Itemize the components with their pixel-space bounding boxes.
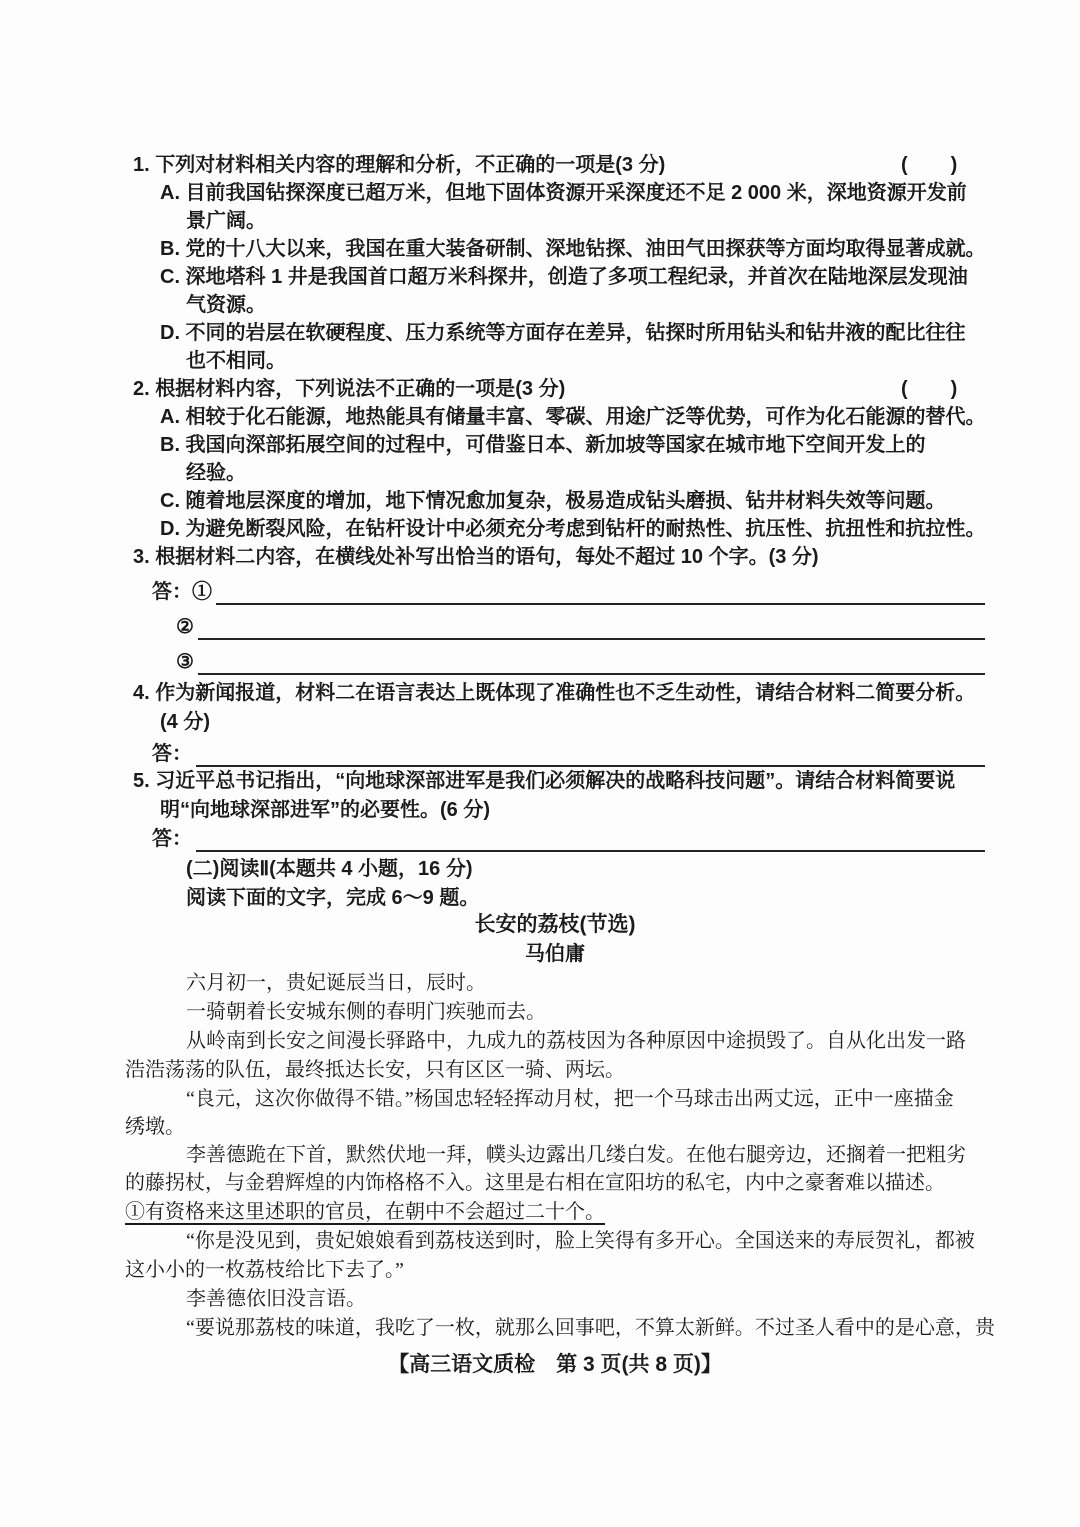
q5-answer-label: 答： xyxy=(152,826,196,852)
q2-option-b-line1: B. 我国向深部拓展空间的过程中，可借鉴日本、新加坡等国家在城市地下空间开发上的 xyxy=(160,432,926,458)
q2-option-c: C. 随着地层深度的增加，地下情况愈加复杂，极易造成钻头磨损、钻井材料失效等问题… xyxy=(160,488,946,514)
q2-option-d: D. 为避免断裂风险，在钻杆设计中必须充分考虑到钻杆的耐热性、抗压性、抗扭性和抗… xyxy=(160,516,986,542)
q3-answer-line-2: ② xyxy=(176,613,985,640)
passage-p4-line1: “良元，这次你做得不错。”杨国忠轻轻挥动月杖，把一个马球击出两丈远，正中一座描金 xyxy=(186,1086,954,1112)
q4-stem-line2: (4 分) xyxy=(160,709,210,735)
q5-answer-blank xyxy=(196,825,985,852)
q1-option-a-line1: A. 目前我国钻探深度已超万米，但地下固体资源开采深度还不足 2 000 米，深… xyxy=(160,180,967,206)
q1-option-a-line2: 景广阔。 xyxy=(186,208,266,234)
q3-answer-label-3: ③ xyxy=(176,649,198,675)
q2-stem: 2. 根据材料内容，下列说法不正确的一项是(3 分) xyxy=(133,376,565,402)
q3-answer-blank-1 xyxy=(216,578,985,605)
page-footer: 【高三语文质检 第 3 页(共 8 页)】 xyxy=(125,1352,985,1378)
passage-p6-line2: 这小小的一枚荔枝给比下去了。” xyxy=(125,1257,404,1283)
q1-option-c-line1: C. 深地塔科 1 井是我国首口超万米科探井，创造了多项工程纪录，并首次在陆地深… xyxy=(160,264,968,290)
q1-stem: 1. 下列对材料相关内容的理解和分析，不正确的一项是(3 分) xyxy=(133,152,665,178)
passage-p5-line2: 的藤拐杖，与金碧辉煌的内饰格格不入。这里是右相在宣阳坊的私宅，内中之豪奢难以描述… xyxy=(125,1170,945,1196)
passage-p8: “要说那荔枝的味道，我吃了一枚，就那么回事吧，不算太新鲜。不过圣人看中的是心意，… xyxy=(186,1315,995,1341)
q3-answer-label-1: 答：① xyxy=(152,579,216,605)
q5-stem-line1: 5. 习近平总书记指出，“向地球深部进军是我们必须解决的战略科技问题”。请结合材… xyxy=(133,768,955,794)
passage-p4-line2: 绣墩。 xyxy=(125,1114,185,1140)
q5-answer-line: 答： xyxy=(152,825,985,852)
exam-page: 1. 下列对材料相关内容的理解和分析，不正确的一项是(3 分) ( ) A. 目… xyxy=(0,0,1080,1527)
q3-answer-line-1: 答：① xyxy=(152,578,985,605)
q3-stem: 3. 根据材料二内容，在横线处补写出恰当的语句，每处不超过 10 个字。(3 分… xyxy=(133,544,819,570)
q4-answer-label: 答： xyxy=(152,741,196,767)
passage-p1: 六月初一，贵妃诞辰当日，辰时。 xyxy=(186,970,486,996)
passage-p6-line1: “你是没见到，贵妃娘娘看到荔枝送到时，脸上笑得有多开心。全国送来的寿辰贺礼，都被 xyxy=(186,1228,975,1254)
passage-p5-underlined-sentence: ①有资格来这里述职的官员，在朝中不会超过二十个。 xyxy=(125,1199,605,1225)
passage-p3-line2: 浩浩荡荡的队伍，最终抵达长安，只有区区一骑、两坛。 xyxy=(125,1057,625,1083)
q3-answer-blank-3 xyxy=(198,648,985,675)
q3-answer-label-2: ② xyxy=(176,614,198,640)
q2-answer-bracket: ( ) xyxy=(901,376,958,402)
q1-option-d-line2: 也不相同。 xyxy=(186,348,286,374)
q1-option-b: B. 党的十八大以来，我国在重大装备研制、深地钻探、油田气田探获等方面均取得显著… xyxy=(160,236,986,262)
q1-answer-bracket: ( ) xyxy=(901,152,958,178)
q1-option-d-line1: D. 不同的岩层在软硬程度、压力系统等方面存在差异，钻探时所用钻头和钻井液的配比… xyxy=(160,320,966,346)
passage-author: 马伯庸 xyxy=(125,941,985,967)
q3-answer-line-3: ③ xyxy=(176,648,985,675)
passage-title: 长安的荔枝(节选) xyxy=(125,912,985,938)
q3-answer-blank-2 xyxy=(198,613,985,640)
passage-p7: 李善德依旧没言语。 xyxy=(186,1286,366,1312)
passage-p2: 一骑朝着长安城东侧的春明门疾驰而去。 xyxy=(186,999,546,1025)
q5-stem-line2: 明“向地球深部进军”的必要性。(6 分) xyxy=(160,797,490,823)
passage-p5-line1: 李善德跪在下首，默然伏地一拜，幞头边露出几缕白发。在他右腿旁边，还搁着一把粗劣 xyxy=(186,1142,966,1168)
q4-stem-line1: 4. 作为新闻报道，材料二在语言表达上既体现了准确性也不乏生动性，请结合材料二简… xyxy=(133,680,975,706)
q4-answer-line: 答： xyxy=(152,740,985,767)
passage-p3-line1: 从岭南到长安之间漫长驿路中，九成九的荔枝因为各种原因中途损毁了。自从化出发一路 xyxy=(186,1028,966,1054)
q1-option-c-line2: 气资源。 xyxy=(186,292,266,318)
section-heading: (二)阅读Ⅱ(本题共 4 小题，16 分) xyxy=(186,856,473,882)
q2-option-b-line2: 经验。 xyxy=(186,460,246,486)
q4-answer-blank xyxy=(196,740,985,767)
section-instruction: 阅读下面的文字，完成 6～9 题。 xyxy=(186,885,479,911)
q2-option-a: A. 相较于化石能源，地热能具有储量丰富、零碳、用途广泛等优势，可作为化石能源的… xyxy=(160,404,986,430)
